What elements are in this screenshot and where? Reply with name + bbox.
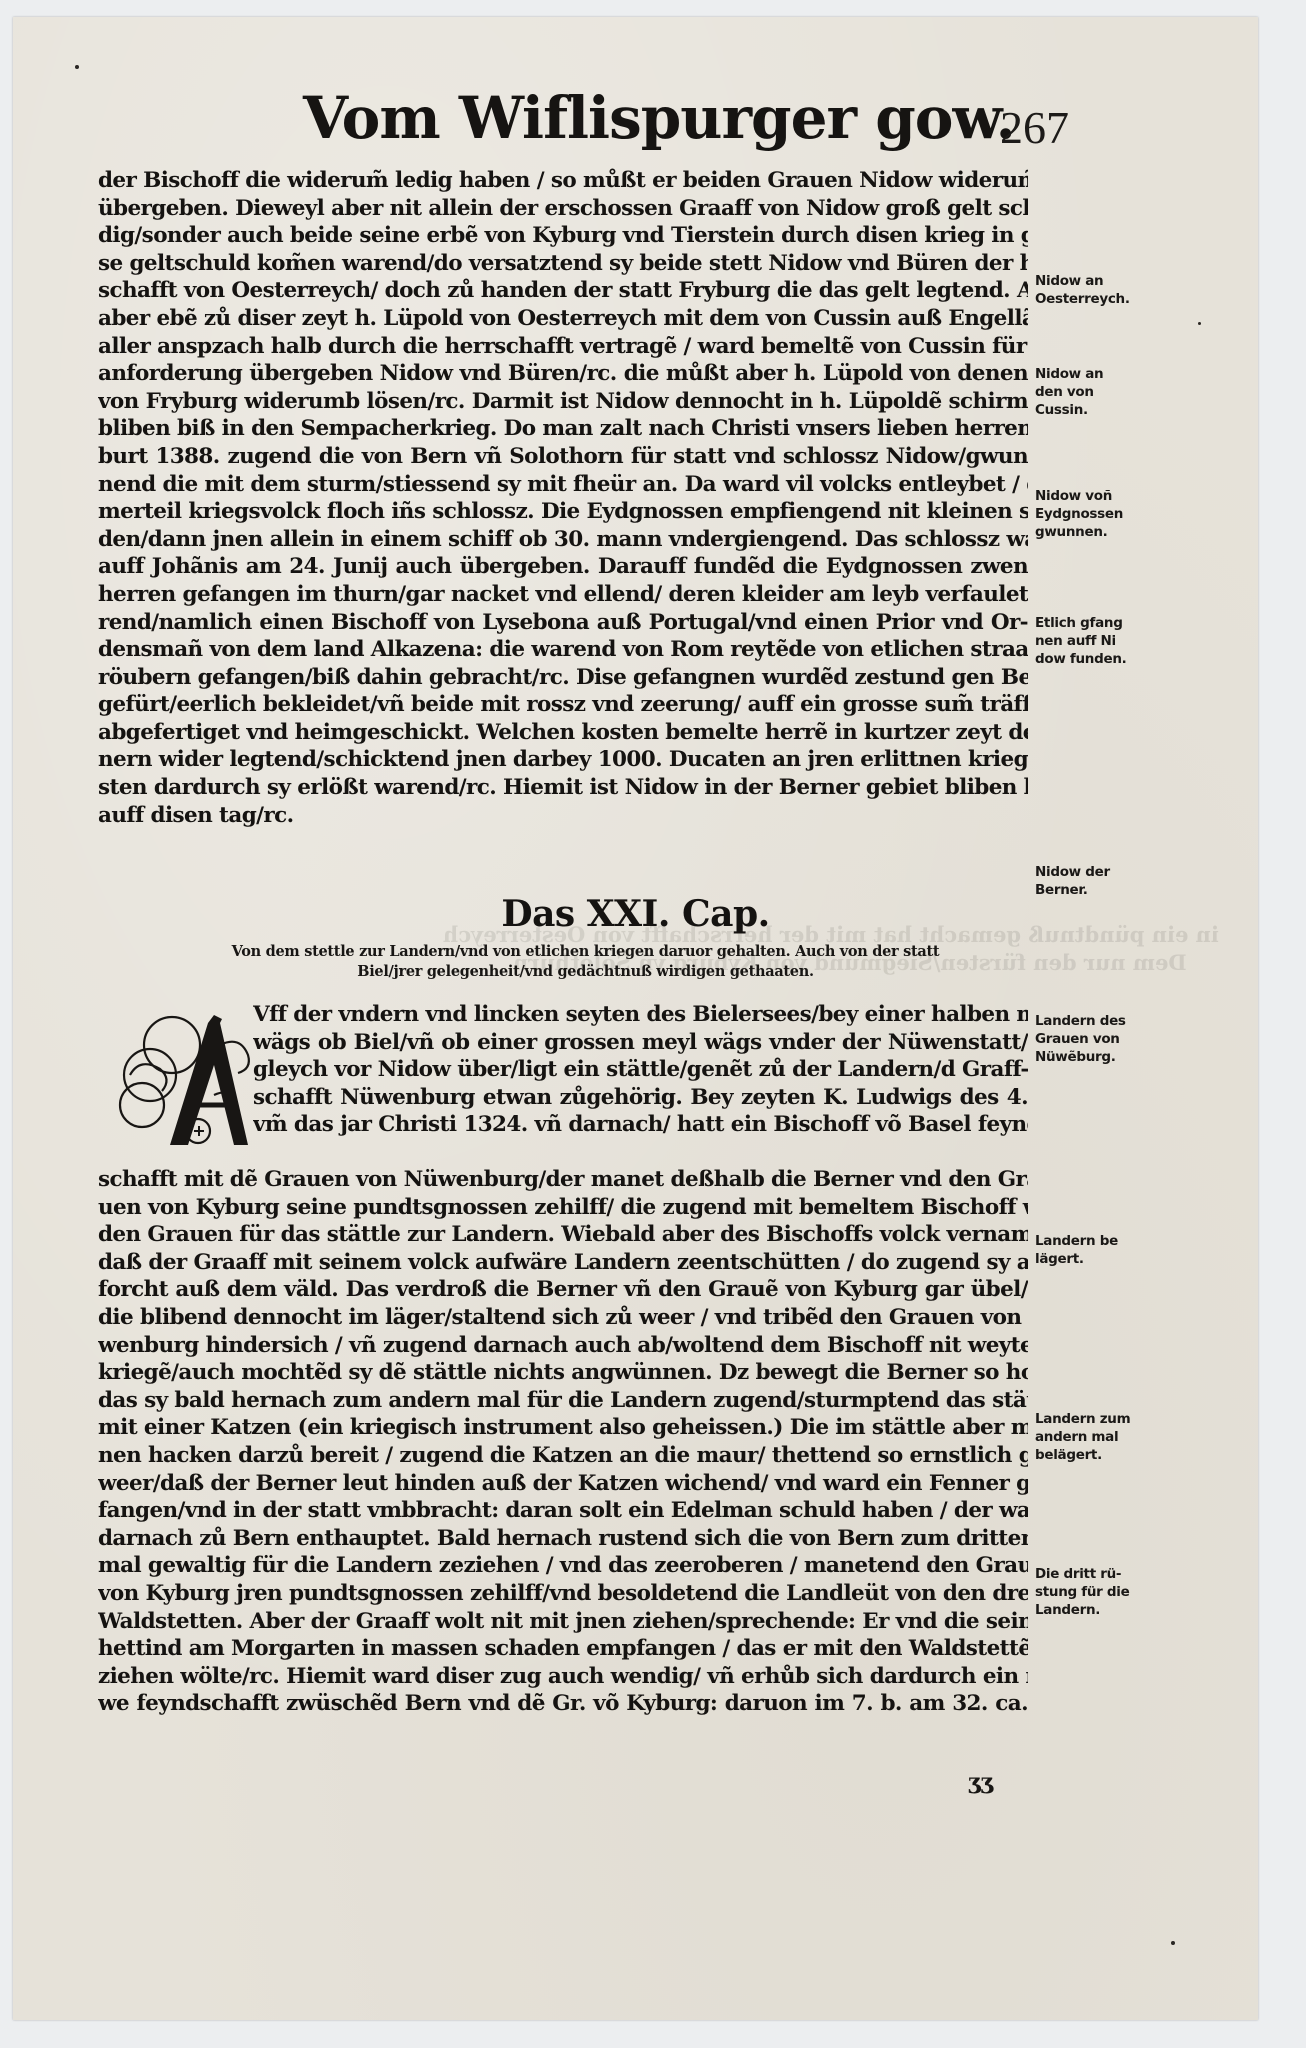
text-line: vm̃ das jar Christi 1324. vñ darnach/ ha… — [253, 1111, 1028, 1139]
chapter-title: Das XXI. Cap. — [13, 893, 1258, 935]
text-line: abgefertiget vnd heimgeschickt. Welchen … — [98, 719, 1028, 747]
margin-note: Nidow voñ Eydgnossen gwunnen. — [1035, 487, 1123, 541]
margin-note: Die dritt rü- stung für die Landern. — [1035, 1565, 1129, 1619]
text-line: mal gewaltig für die Landern zeziehen / … — [98, 1552, 1028, 1580]
text-line: se geltschuld kom̃en warend/do versatzte… — [98, 250, 1028, 278]
text-line: bliben biß in den Sempacherkrieg. Do man… — [98, 415, 1028, 443]
margin-note: Nidow der Berner. — [1035, 863, 1110, 899]
text-line: dig/sonder auch beide seine erbẽ von Kyb… — [98, 222, 1028, 250]
text-line: aller anspzach halb durch die herrschaff… — [98, 333, 1028, 361]
text-line: die blibend dennocht im läger/staltend s… — [98, 1304, 1028, 1332]
margin-note: Etlich gfang nen auff Ni dow funden. — [1035, 614, 1126, 668]
chapter-subtitle: Von dem stettle zur Landern/vnd von etli… — [213, 942, 958, 982]
text-line: von Kyburg jren pundtsgnossen zehilff/vn… — [98, 1580, 1028, 1608]
paper-speck — [1198, 322, 1201, 325]
text-line: Waldstetten. Aber der Graaff wolt nit mi… — [98, 1608, 1028, 1636]
text-line: das sy bald hernach zum andern mal für d… — [98, 1387, 1028, 1415]
chapter-subtitle-line: Von dem stettle zur Landern/vnd von etli… — [213, 942, 958, 962]
body-text-part1: der Bischoff die widerum̃ ledig haben / … — [98, 167, 1028, 829]
text-line: Vff der vndern vnd lincken seyten des Bi… — [253, 1001, 1028, 1029]
text-line: sten dardurch sy erlößt warend/rc. Hiemi… — [98, 774, 1028, 802]
text-line: hettind am Morgarten in massen schaden e… — [98, 1635, 1028, 1663]
text-line: von Fryburg widerumb lösen/rc. Darmit is… — [98, 388, 1028, 416]
text-line: der Bischoff die widerum̃ ledig haben / … — [98, 167, 1028, 195]
running-head: Vom Wiflispurger gow. — [303, 89, 1015, 147]
margin-note: Landern zum andern mal belägert. — [1035, 1410, 1130, 1464]
text-line: den Grauen für das stättle zur Landern. … — [98, 1221, 1028, 1249]
margin-note: Landern des Grauen von Nüwẽburg. — [1035, 1012, 1126, 1066]
text-line: den/dann jnen allein in einem schiff ob … — [98, 526, 1028, 554]
text-line: anforderung übergeben Nidow vnd Büren/rc… — [98, 360, 1028, 388]
text-line: burt 1388. zugend die von Bern vñ Soloth… — [98, 443, 1028, 471]
text-line: uen von Kyburg seine pundtsgnossen zehil… — [98, 1194, 1028, 1222]
text-line: nen hacken darzů bereit / zugend die Kat… — [98, 1442, 1028, 1470]
text-line: auff Johãnis am 24. Junij auch übergeben… — [98, 553, 1028, 581]
text-line: weer/daß der Berner leut hinden auß der … — [98, 1470, 1028, 1498]
text-line: schafft von Oesterreych/ doch zů handen … — [98, 277, 1028, 305]
text-line: gefürt/eerlich bekleidet/vñ beide mit ro… — [98, 691, 1028, 719]
text-line: densmañ von dem land Alkazena: die waren… — [98, 636, 1028, 664]
text-line: aber ebẽ zů diser zeyt h. Lüpold von Oes… — [98, 305, 1028, 333]
decorated-initial-a-icon — [110, 1005, 260, 1155]
text-line: darnach zů Bern enthauptet. Bald hernach… — [98, 1525, 1028, 1553]
body-text-part2-indented: Vff der vndern vnd lincken seyten des Bi… — [253, 1001, 1028, 1139]
text-line: gleych vor Nidow über/ligt ein stättle/g… — [253, 1056, 1028, 1084]
text-line: röubern gefangen/biß dahin gebracht/rc. … — [98, 664, 1028, 692]
text-line: nern wider legtend/schicktend jnen darbe… — [98, 746, 1028, 774]
signature-mark: ʒʒ — [968, 1769, 993, 1795]
text-line: schafft mit dẽ Grauen von Nüwenburg/der … — [98, 1166, 1028, 1194]
margin-note: Nidow an Oesterreych. — [1035, 272, 1130, 308]
text-line: ziehen wölte/rc. Hiemit ward diser zug a… — [98, 1663, 1028, 1691]
chapter-subtitle-line: Biel/jrer gelegenheit/vnd gedächtnuß wir… — [213, 962, 958, 982]
text-line: kriegẽ/auch mochtẽd sy dẽ stättle nichts… — [98, 1359, 1028, 1387]
text-line: wenburg hindersich / vñ zugend darnach a… — [98, 1332, 1028, 1360]
text-line: herren gefangen im thurn/gar nacket vnd … — [98, 581, 1028, 609]
text-line: we feyndschafft zwüschẽd Bern vnd dẽ Gr.… — [98, 1690, 1028, 1718]
text-line: rend/namlich einen Bischoff von Lysebona… — [98, 609, 1028, 637]
paper-speck — [75, 65, 79, 69]
text-line: auff disen tag/rc. — [98, 802, 1028, 830]
page-number: 267 — [1000, 105, 1069, 151]
text-line: übergeben. Dieweyl aber nit allein der e… — [98, 195, 1028, 223]
text-line: daß der Graaff mit seinem volck aufwäre … — [98, 1249, 1028, 1277]
text-line: nend die mit dem sturm/stiessend sy mit … — [98, 471, 1028, 499]
text-line: mit einer Katzen (ein kriegisch instrume… — [98, 1414, 1028, 1442]
text-line: fangen/vnd in der statt vmbbracht: daran… — [98, 1497, 1028, 1525]
book-page: in ein pündtnuß gemacht hat mit der herr… — [13, 17, 1258, 2020]
text-line: forcht auß dem väld. Das verdroß die Ber… — [98, 1276, 1028, 1304]
text-line: merteil kriegsvolck floch iñs schlossz. … — [98, 498, 1028, 526]
text-line: schafft Nüwenburg etwan zůgehörig. Bey z… — [253, 1084, 1028, 1112]
body-text-part2: schafft mit dẽ Grauen von Nüwenburg/der … — [98, 1166, 1028, 1718]
text-line: wägs ob Biel/vñ ob einer grossen meyl wä… — [253, 1029, 1028, 1057]
margin-note: Landern be lägert. — [1035, 1232, 1118, 1268]
paper-speck — [1171, 1941, 1175, 1945]
margin-note: Nidow an den von Cussin. — [1035, 365, 1103, 419]
